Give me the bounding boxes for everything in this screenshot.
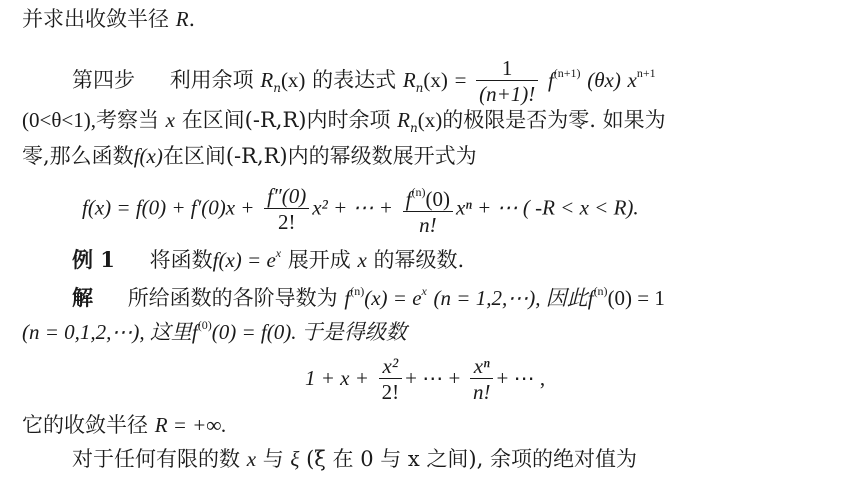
text-line-8: (n = 0,1,2,⋯), 这里f(0)(0) = f(0). 于是得级数 xyxy=(22,312,407,345)
solution-line: 解 所给函数的各阶导数为 f(n)(x) = ex (n = 1,2,⋯), 因… xyxy=(72,278,665,311)
text-line-4: 零,那么函数f(x)在区间(-R,R)内的幂级数展开式为 xyxy=(22,143,477,169)
step-label: 第四步 xyxy=(72,68,135,92)
step4-line: 第四步 利用余项 Rn(x) 的表达式 Rn(x) = 1 (n+1)! f(n… xyxy=(72,56,656,107)
radius-line: 它的收敛半径 R = +∞. xyxy=(22,412,227,438)
var-R: R xyxy=(176,7,189,31)
exp-series-formula: 1 + x + x² 2! + ⋯ + xⁿ n! + ⋯ , xyxy=(305,354,545,405)
example-1: 例 1 将函数f(x) = ex 展开成 x 的幂级数. xyxy=(72,240,464,273)
fraction: 1 (n+1)! xyxy=(476,56,538,107)
text: 并求出收敛半径 xyxy=(22,7,169,31)
text-line-1: 并求出收敛半径 R. xyxy=(22,6,195,32)
example-label: 例 1 xyxy=(72,247,115,272)
solution-label: 解 xyxy=(72,285,93,310)
taylor-series-formula: f(x) = f(0) + f′(0)x + f″(0) 2! x² + ⋯ +… xyxy=(82,180,639,238)
text-line-3: (0<θ<1),考察当 x 在区间(-R,R)内时余项 Rn(x)的极限是否为零… xyxy=(22,107,666,141)
text-line-last: 对于任何有限的数 x 与 ξ (ξ 在 0 与 x 之间), 余项的绝对值为 xyxy=(72,446,637,472)
